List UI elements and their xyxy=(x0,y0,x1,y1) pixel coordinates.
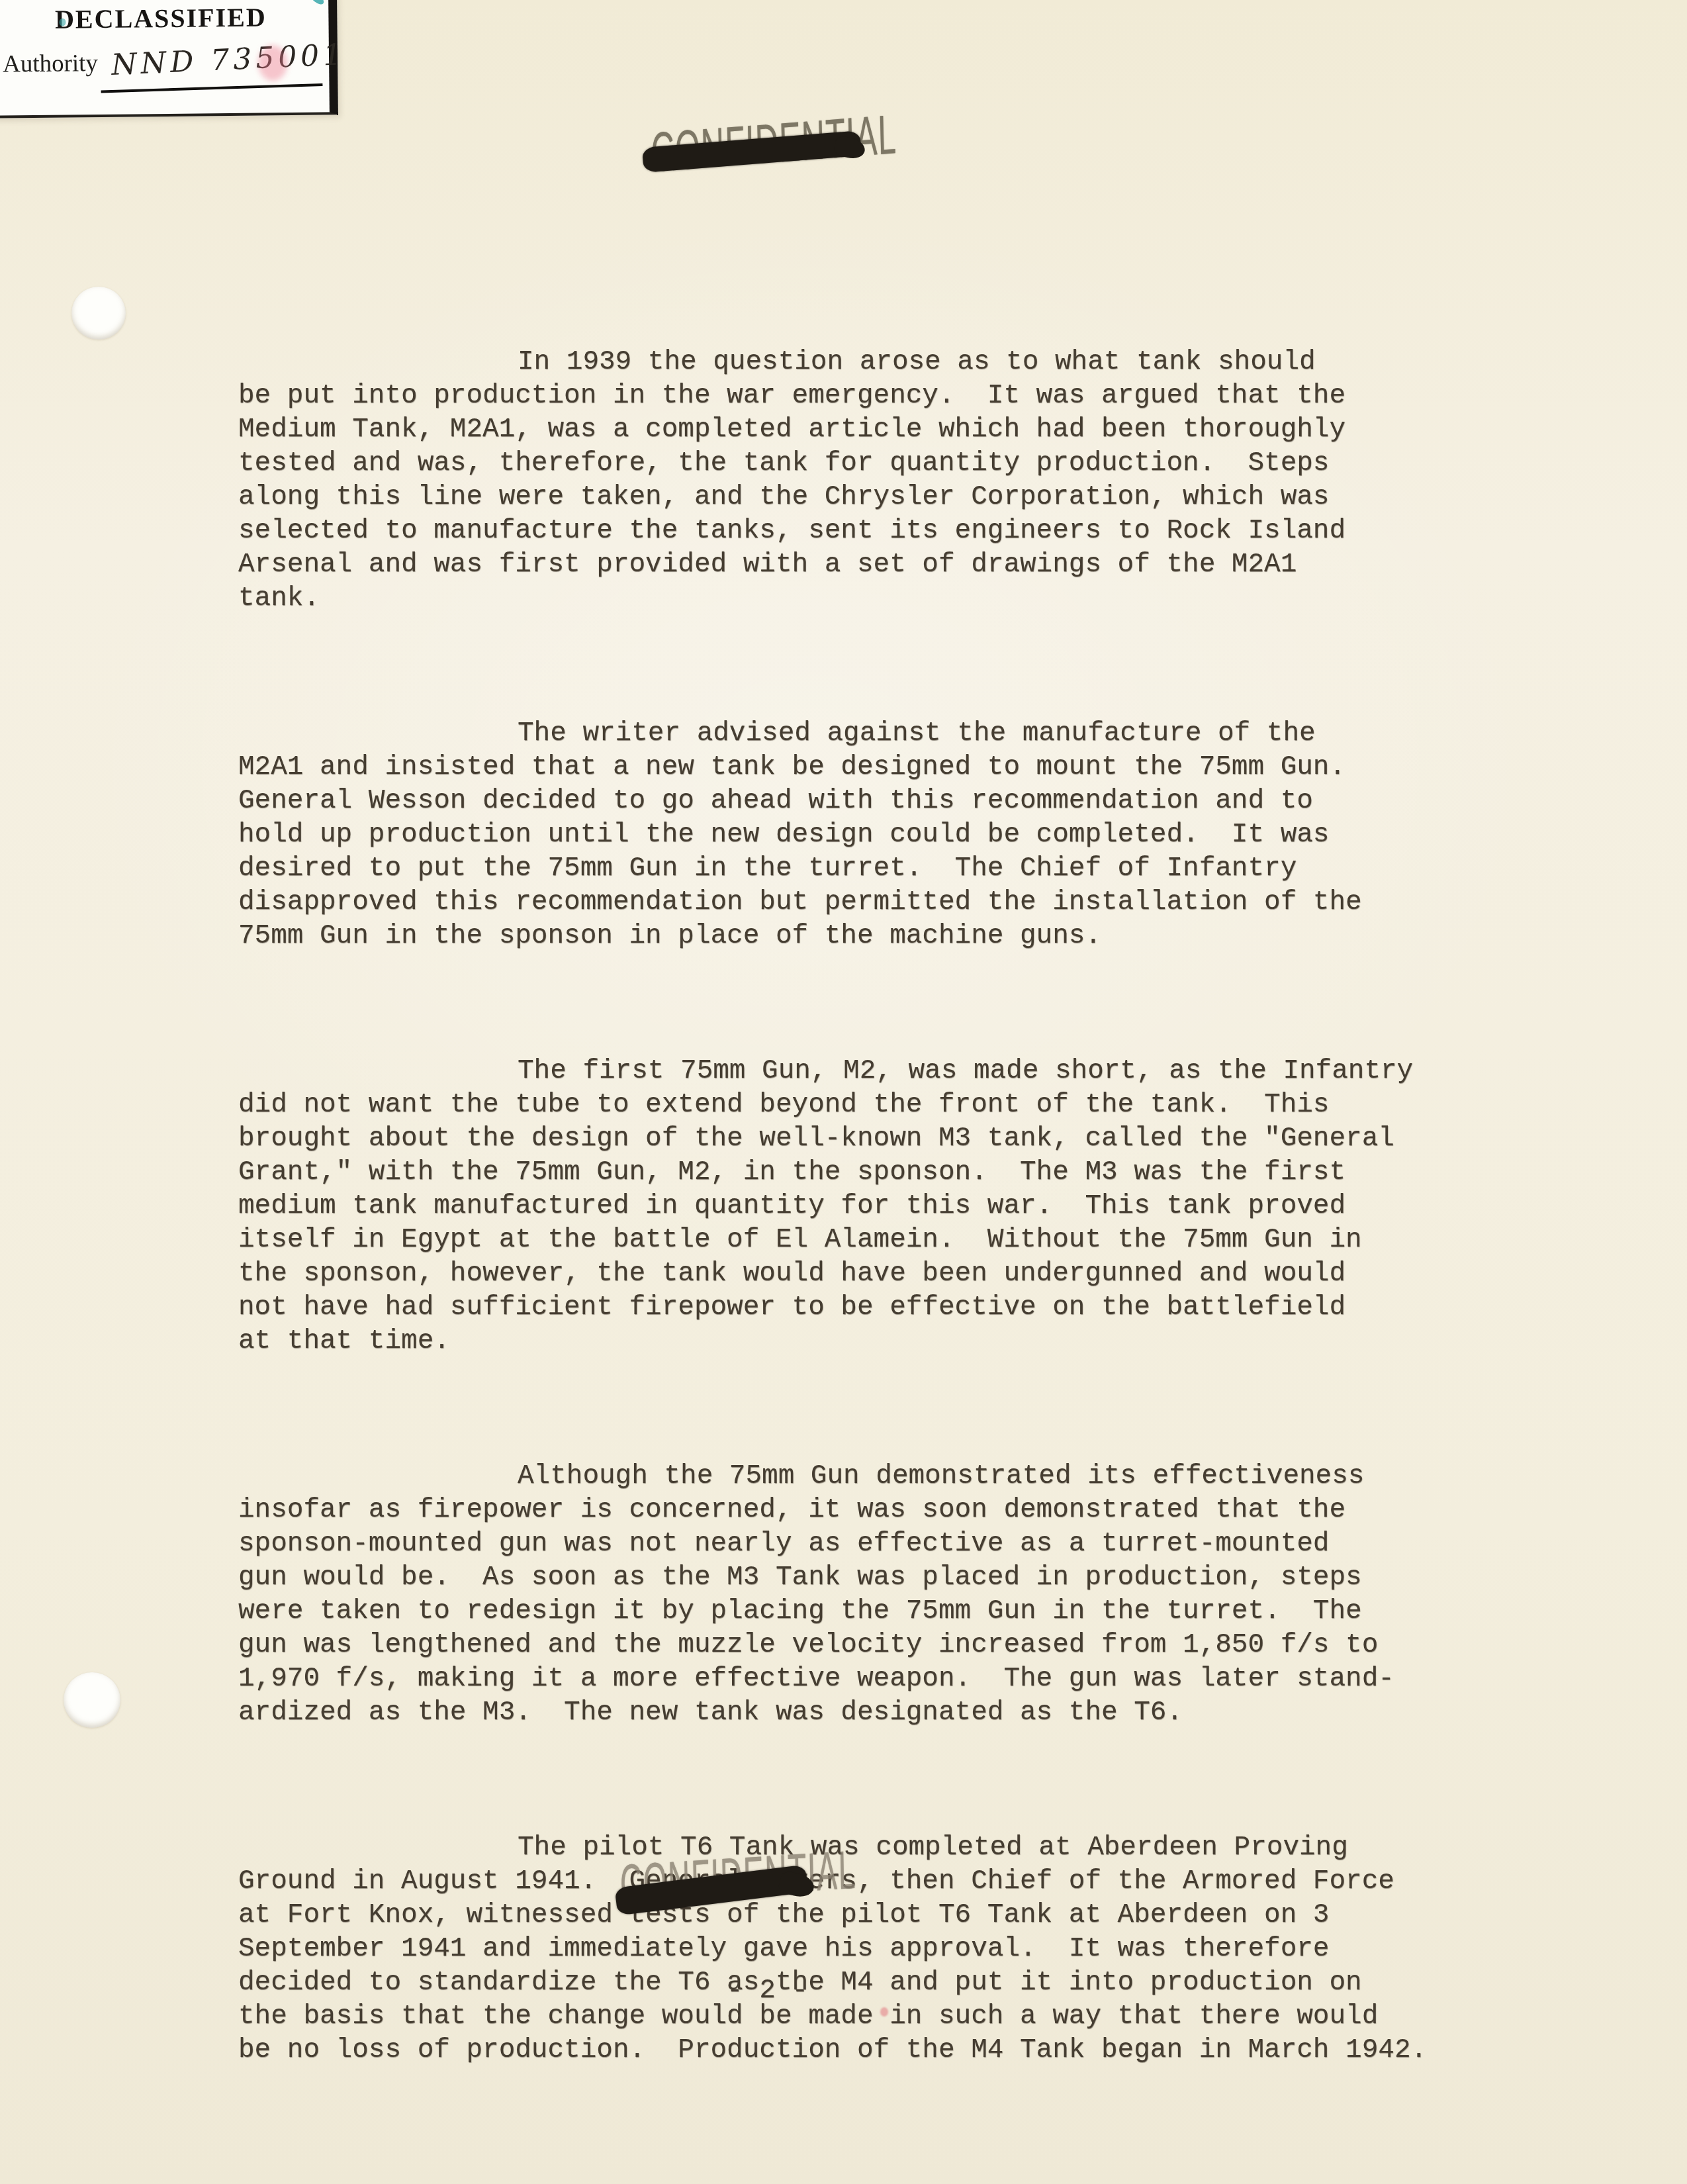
teal-ink-speck xyxy=(59,19,66,26)
authority-label: Authority xyxy=(3,50,98,78)
punch-hole-top xyxy=(71,287,126,340)
paragraph-4: Although the 75mm Gun demonstrated its e… xyxy=(238,1460,1463,1730)
pink-ink-smudge xyxy=(258,45,288,81)
confidential-stamp-bottom: CONFIDENTIAL xyxy=(621,1854,1042,1916)
authority-row: AuthorityNND 735001 xyxy=(3,42,346,79)
declassified-stamp-box: DECLASSIFIED AuthorityNND 735001 xyxy=(0,0,338,119)
authority-number-handwritten: NND 735001 xyxy=(111,38,346,82)
page-number: - 2 - xyxy=(727,1974,808,2008)
punch-hole-bottom xyxy=(64,1672,120,1728)
confidential-stamp-top: CONFIDENTIAL xyxy=(652,120,1075,185)
document-page: DECLASSIFIED AuthorityNND 735001 CONFIDE… xyxy=(0,0,1687,2184)
paragraph-3: The first 75mm Gun, M2, was made short, … xyxy=(238,1055,1463,1358)
paragraph-1: In 1939 the question arose as to what ta… xyxy=(238,346,1463,616)
authority-underline xyxy=(101,83,323,93)
pink-ink-speck-bottom xyxy=(880,2007,888,2017)
declassified-title: DECLASSIFIED xyxy=(0,1,329,35)
paragraph-2: The writer advised against the manufactu… xyxy=(238,717,1463,953)
